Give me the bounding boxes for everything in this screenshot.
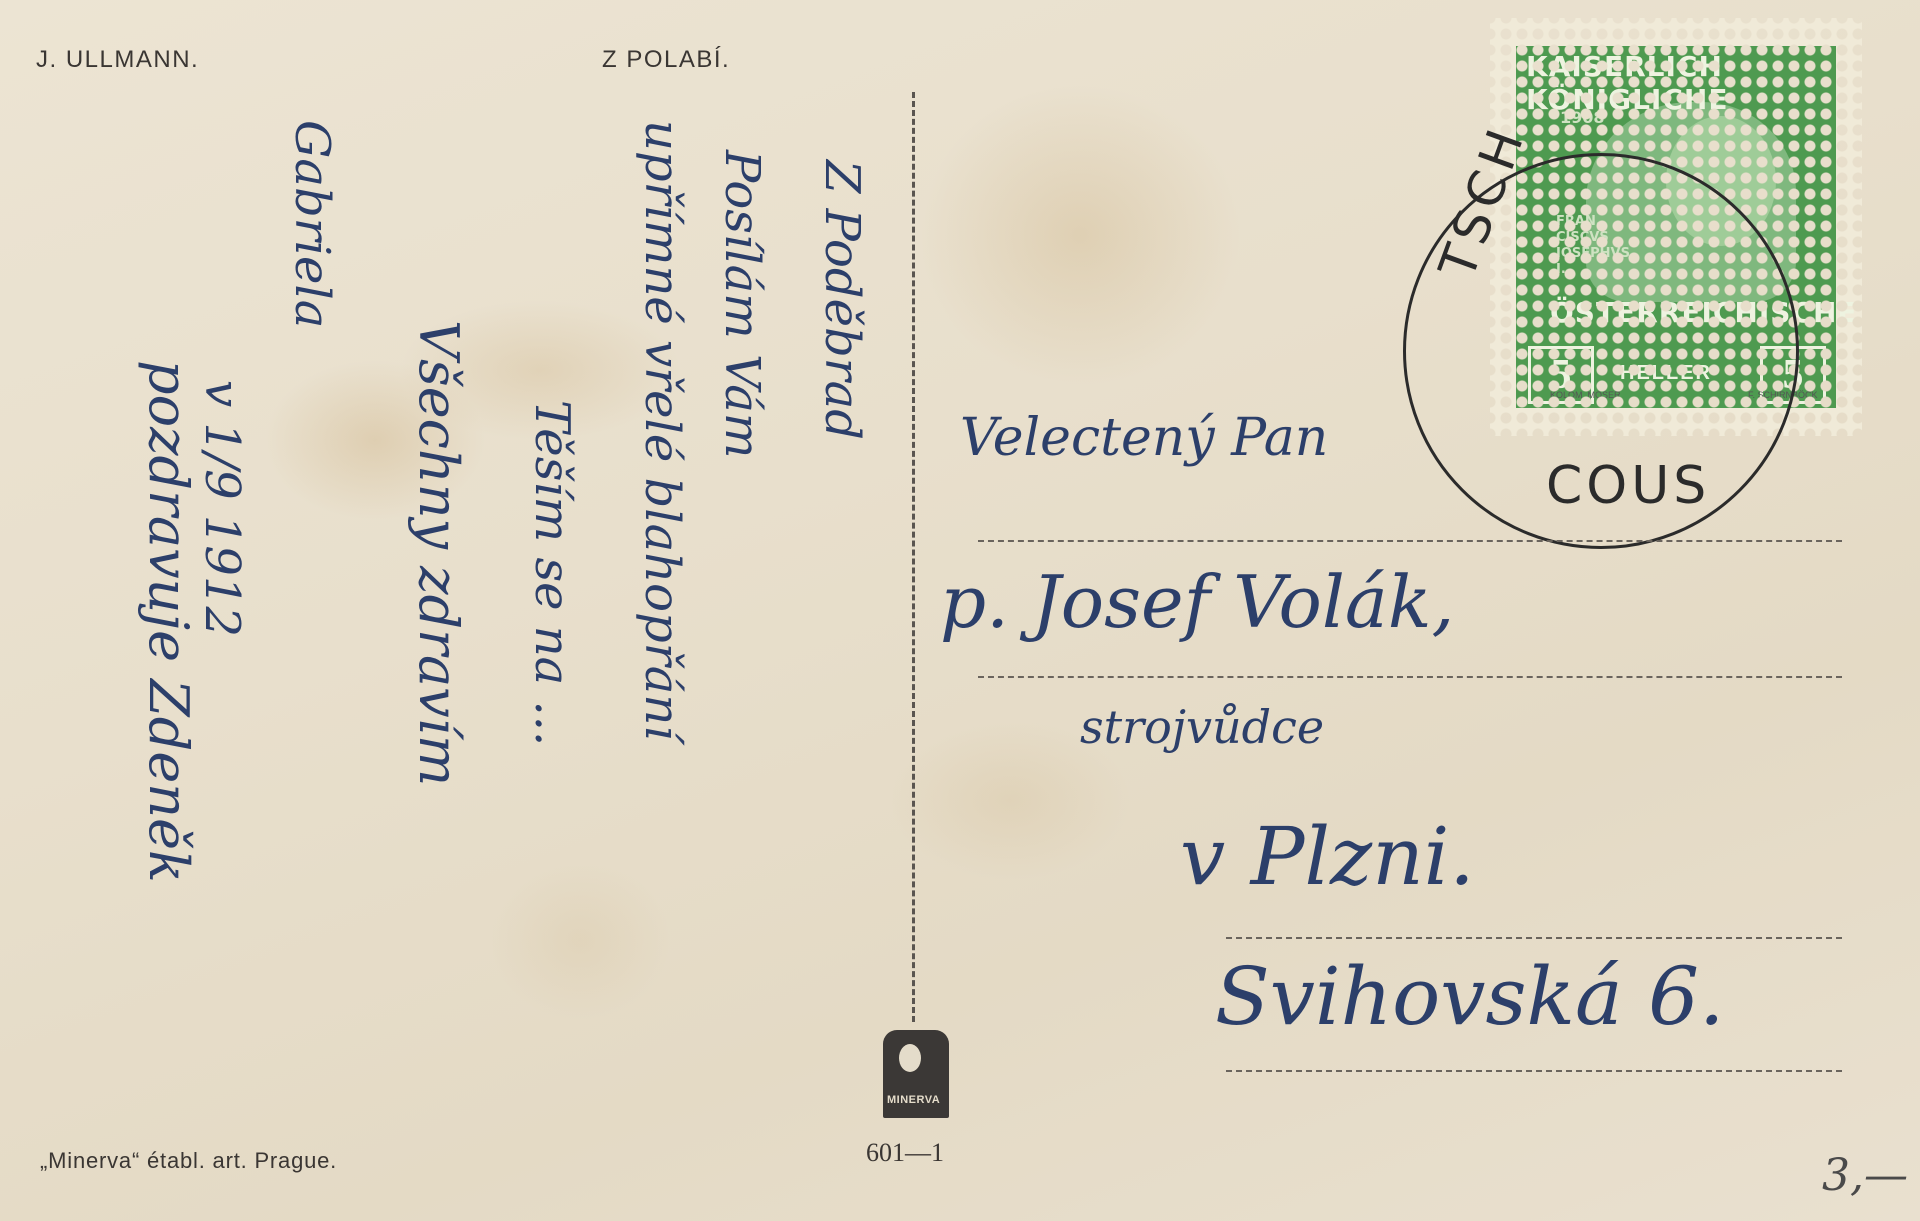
address-dotted-line — [978, 540, 1842, 542]
dotted-divider — [912, 92, 915, 1022]
minerva-logo-icon: MINERVA — [883, 1030, 949, 1118]
message-line: Posílám Vám — [714, 150, 770, 458]
message-line: upřímné vřelé blahopřání — [634, 120, 690, 741]
address-salutation: Velectený Pan — [960, 408, 1328, 468]
address-dotted-line — [1226, 937, 1842, 939]
postmark-circle: TSCH COUS — [1403, 153, 1799, 549]
address-occupation: strojvůdce — [1080, 700, 1324, 754]
printer-imprint: „Minerva“ établ. art. Prague. — [40, 1148, 337, 1174]
message-signature: Gabriela — [284, 120, 340, 328]
address-street: Svihovská 6. — [1215, 950, 1724, 1043]
series-title: Z POLABÍ. — [602, 46, 730, 74]
logo-face-icon — [899, 1044, 921, 1072]
address-dotted-line — [978, 676, 1842, 678]
stamp-country-top: KAISERLICH KÖNIGLICHE — [1526, 50, 1836, 116]
catalog-number: 601—1 — [866, 1138, 944, 1168]
postmark-top-text: TSCH — [1428, 117, 1537, 286]
message-dateline: v 1/9 1912 — [194, 380, 250, 637]
message-line: Těším se na ... — [524, 400, 580, 746]
message-line: Všechny zdravím — [407, 320, 470, 786]
message-line: Z Poděbrad — [814, 160, 870, 440]
address-name: p. Josef Volák, — [940, 560, 1454, 644]
logo-text: MINERVA — [887, 1094, 940, 1106]
postmark-bottom-text: COUS — [1546, 456, 1710, 516]
address-dotted-line — [1226, 1070, 1842, 1072]
publisher-name: J. ULLMANN. — [36, 46, 199, 74]
stamp-year: 1908 — [1560, 108, 1605, 127]
message-line: pozdravuje Zdeněk — [137, 360, 200, 883]
postcard-back: J. ULLMANN. Z POLABÍ. Z Poděbrad Posílám… — [0, 0, 1920, 1221]
address-city: v Plzni. — [1180, 810, 1475, 903]
price-annotation: 3,— — [1822, 1150, 1908, 1201]
